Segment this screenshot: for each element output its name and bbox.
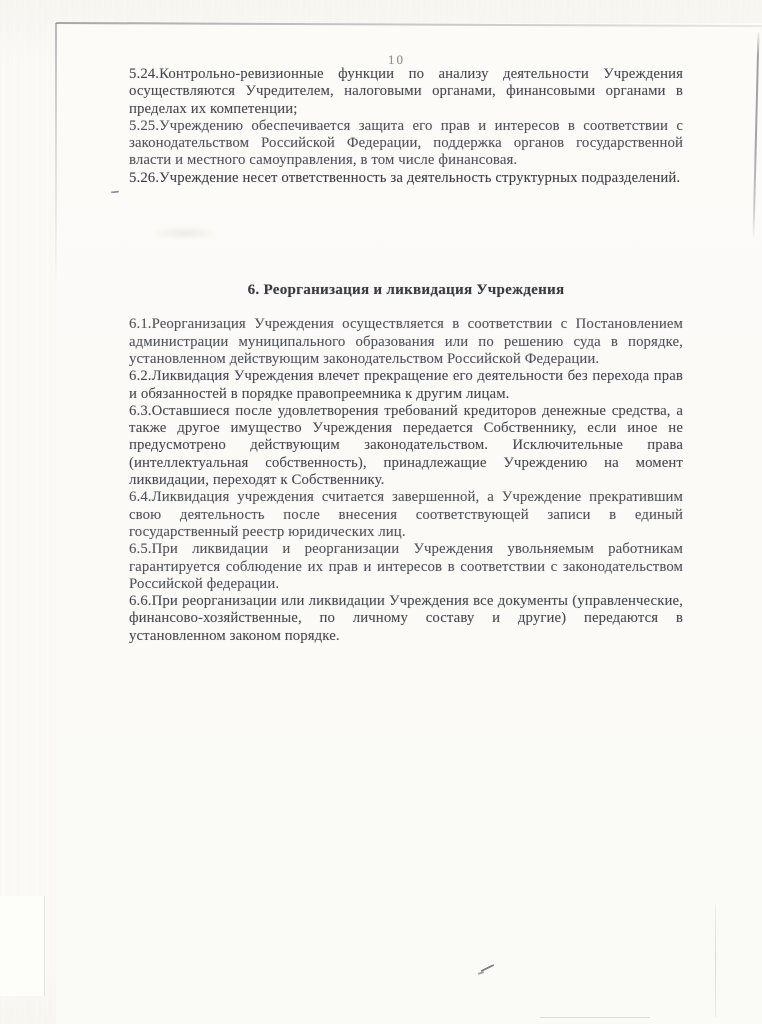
page-edge-bottom-right-line <box>715 905 716 1017</box>
page-edge-left-line <box>55 23 57 288</box>
paragraph-6-3: 6.3.Оставшиеся после удовлетворения треб… <box>129 403 683 489</box>
paragraph-5-24: 5.24.Контрольно-ревизионные функции по а… <box>129 66 683 118</box>
document-body: 5.24.Контрольно-ревизионные функции по а… <box>129 66 683 645</box>
scan-strip-bottom-left <box>0 896 45 996</box>
paragraph-6-2: 6.2.Ликвидация Учреждения влечет прекращ… <box>129 368 683 403</box>
paragraph-6-4: 6.4.Ликвидация учреждения считается заве… <box>129 489 683 541</box>
page-edge-bottom-line <box>540 1017 650 1018</box>
section-6-heading: 6. Реорганизация и ликвидация Учреждения <box>129 282 683 299</box>
pen-squiggle-mark <box>477 963 497 975</box>
faint-smudge-mark <box>150 226 220 240</box>
section-5-clauses: 5.24.Контрольно-ревизионные функции по а… <box>129 66 683 187</box>
paragraph-6-1: 6.1.Реорганизация Учреждения осуществляе… <box>129 316 683 368</box>
paragraph-5-25: 5.25.Учреждению обеспечивается защита ег… <box>129 118 683 170</box>
paragraph-6-6: 6.6.При реорганизации или ликвидации Учр… <box>129 593 683 645</box>
scanned-document-page: 10 5.24.Контрольно-ревизионные функции п… <box>0 0 762 1024</box>
paragraph-6-5: 6.5.При ликвидации и реорганизации Учреж… <box>129 541 683 593</box>
paragraph-5-26: 5.26.Учреждение несет ответственность за… <box>129 170 683 187</box>
section-6-clauses: 6.1.Реорганизация Учреждения осуществляе… <box>129 316 683 645</box>
